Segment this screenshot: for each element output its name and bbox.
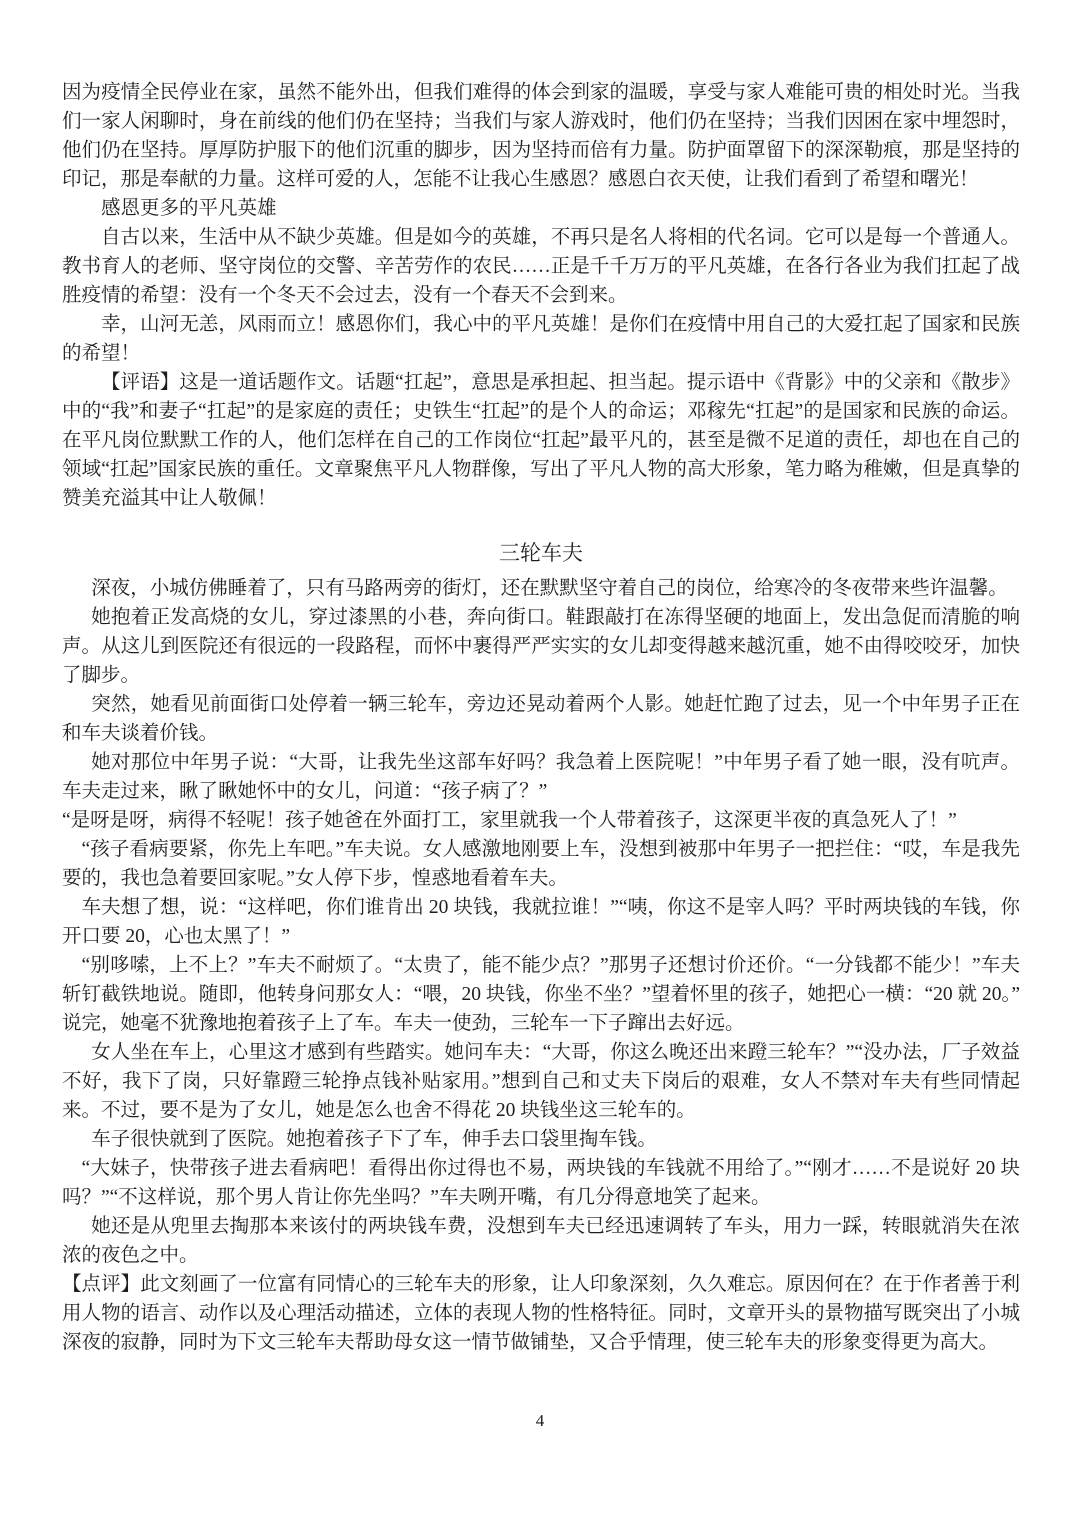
page-footer: 4	[0, 1406, 1080, 1435]
story-paragraph: 车子很快就到了医院。她抱着孩子下了车，伸手去口袋里掏车钱。	[62, 1125, 1020, 1154]
story-paragraph: “是呀是呀，病得不轻呢！孩子她爸在外面打工，家里就我一个人带着孩子，这深更半夜的…	[62, 806, 1020, 835]
document-page: 因为疫情全民停业在家，虽然不能外出，但我们难得的体会到家的温暖，享受与家人难能可…	[0, 0, 1080, 1527]
story-section: 深夜，小城仿佛睡着了，只有马路两旁的街灯，还在默默坚守着自己的岗位，给寒冷的冬夜…	[62, 574, 1020, 1357]
page-number: 4	[536, 1411, 545, 1430]
essay-subheading: 感恩更多的平凡英雄	[62, 194, 1020, 223]
story-paragraph: “别哆嗦，上不上？”车夫不耐烦了。“太贵了，能不能少点？”那男子还想讨价还价。“…	[62, 951, 1020, 1038]
comment-paragraph: 【点评】此文刻画了一位富有同情心的三轮车夫的形象，让人印象深刻，久久难忘。原因何…	[62, 1270, 1020, 1357]
story-paragraph: 她对那位中年男子说：“大哥，让我先坐这部车好吗？我急着上医院呢！”中年男子看了她…	[62, 748, 1020, 806]
essay-paragraph: 自古以来，生活中从不缺少英雄。但是如今的英雄，不再只是名人将相的代名词。它可以是…	[62, 223, 1020, 310]
story-paragraph: 深夜，小城仿佛睡着了，只有马路两旁的街灯，还在默默坚守着自己的岗位，给寒冷的冬夜…	[62, 574, 1020, 603]
story-paragraph: 突然，她看见前面街口处停着一辆三轮车，旁边还晃动着两个人影。她赶忙跑了过去，见一…	[62, 690, 1020, 748]
essay-review-section: 因为疫情全民停业在家，虽然不能外出，但我们难得的体会到家的温暖，享受与家人难能可…	[62, 78, 1020, 513]
story-paragraph: “大妹子，快带孩子进去看病吧！看得出你过得也不易，两块钱的车钱就不用给了。”“刚…	[62, 1154, 1020, 1212]
comment-paragraph: 【评语】这是一道话题作文。话题“扛起”，意思是承担起、担当起。提示语中《背影》中…	[62, 368, 1020, 513]
story-paragraph: 她抱着正发高烧的女儿，穿过漆黑的小巷，奔向街口。鞋跟敲打在冻得坚硬的地面上，发出…	[62, 603, 1020, 690]
essay-paragraph: 因为疫情全民停业在家，虽然不能外出，但我们难得的体会到家的温暖，享受与家人难能可…	[62, 78, 1020, 194]
essay-paragraph: 幸，山河无恙，风雨而立！感恩你们，我心中的平凡英雄！是你们在疫情中用自己的大爱扛…	[62, 310, 1020, 368]
story-paragraph: 车夫想了想，说：“这样吧，你们谁肯出 20 块钱，我就拉谁！”“咦，你这不是宰人…	[62, 893, 1020, 951]
story-paragraph: “孩子看病要紧，你先上车吧。”车夫说。女人感激地刚要上车，没想到被那中年男子一把…	[62, 835, 1020, 893]
story-title: 三轮车夫	[62, 539, 1020, 568]
story-paragraph: 她还是从兜里去掏那本来该付的两块钱车费，没想到车夫已经迅速调转了车头，用力一踩，…	[62, 1212, 1020, 1270]
story-paragraph: 女人坐在车上，心里这才感到有些踏实。她问车夫：“大哥，你这么晚还出来蹬三轮车？”…	[62, 1038, 1020, 1125]
